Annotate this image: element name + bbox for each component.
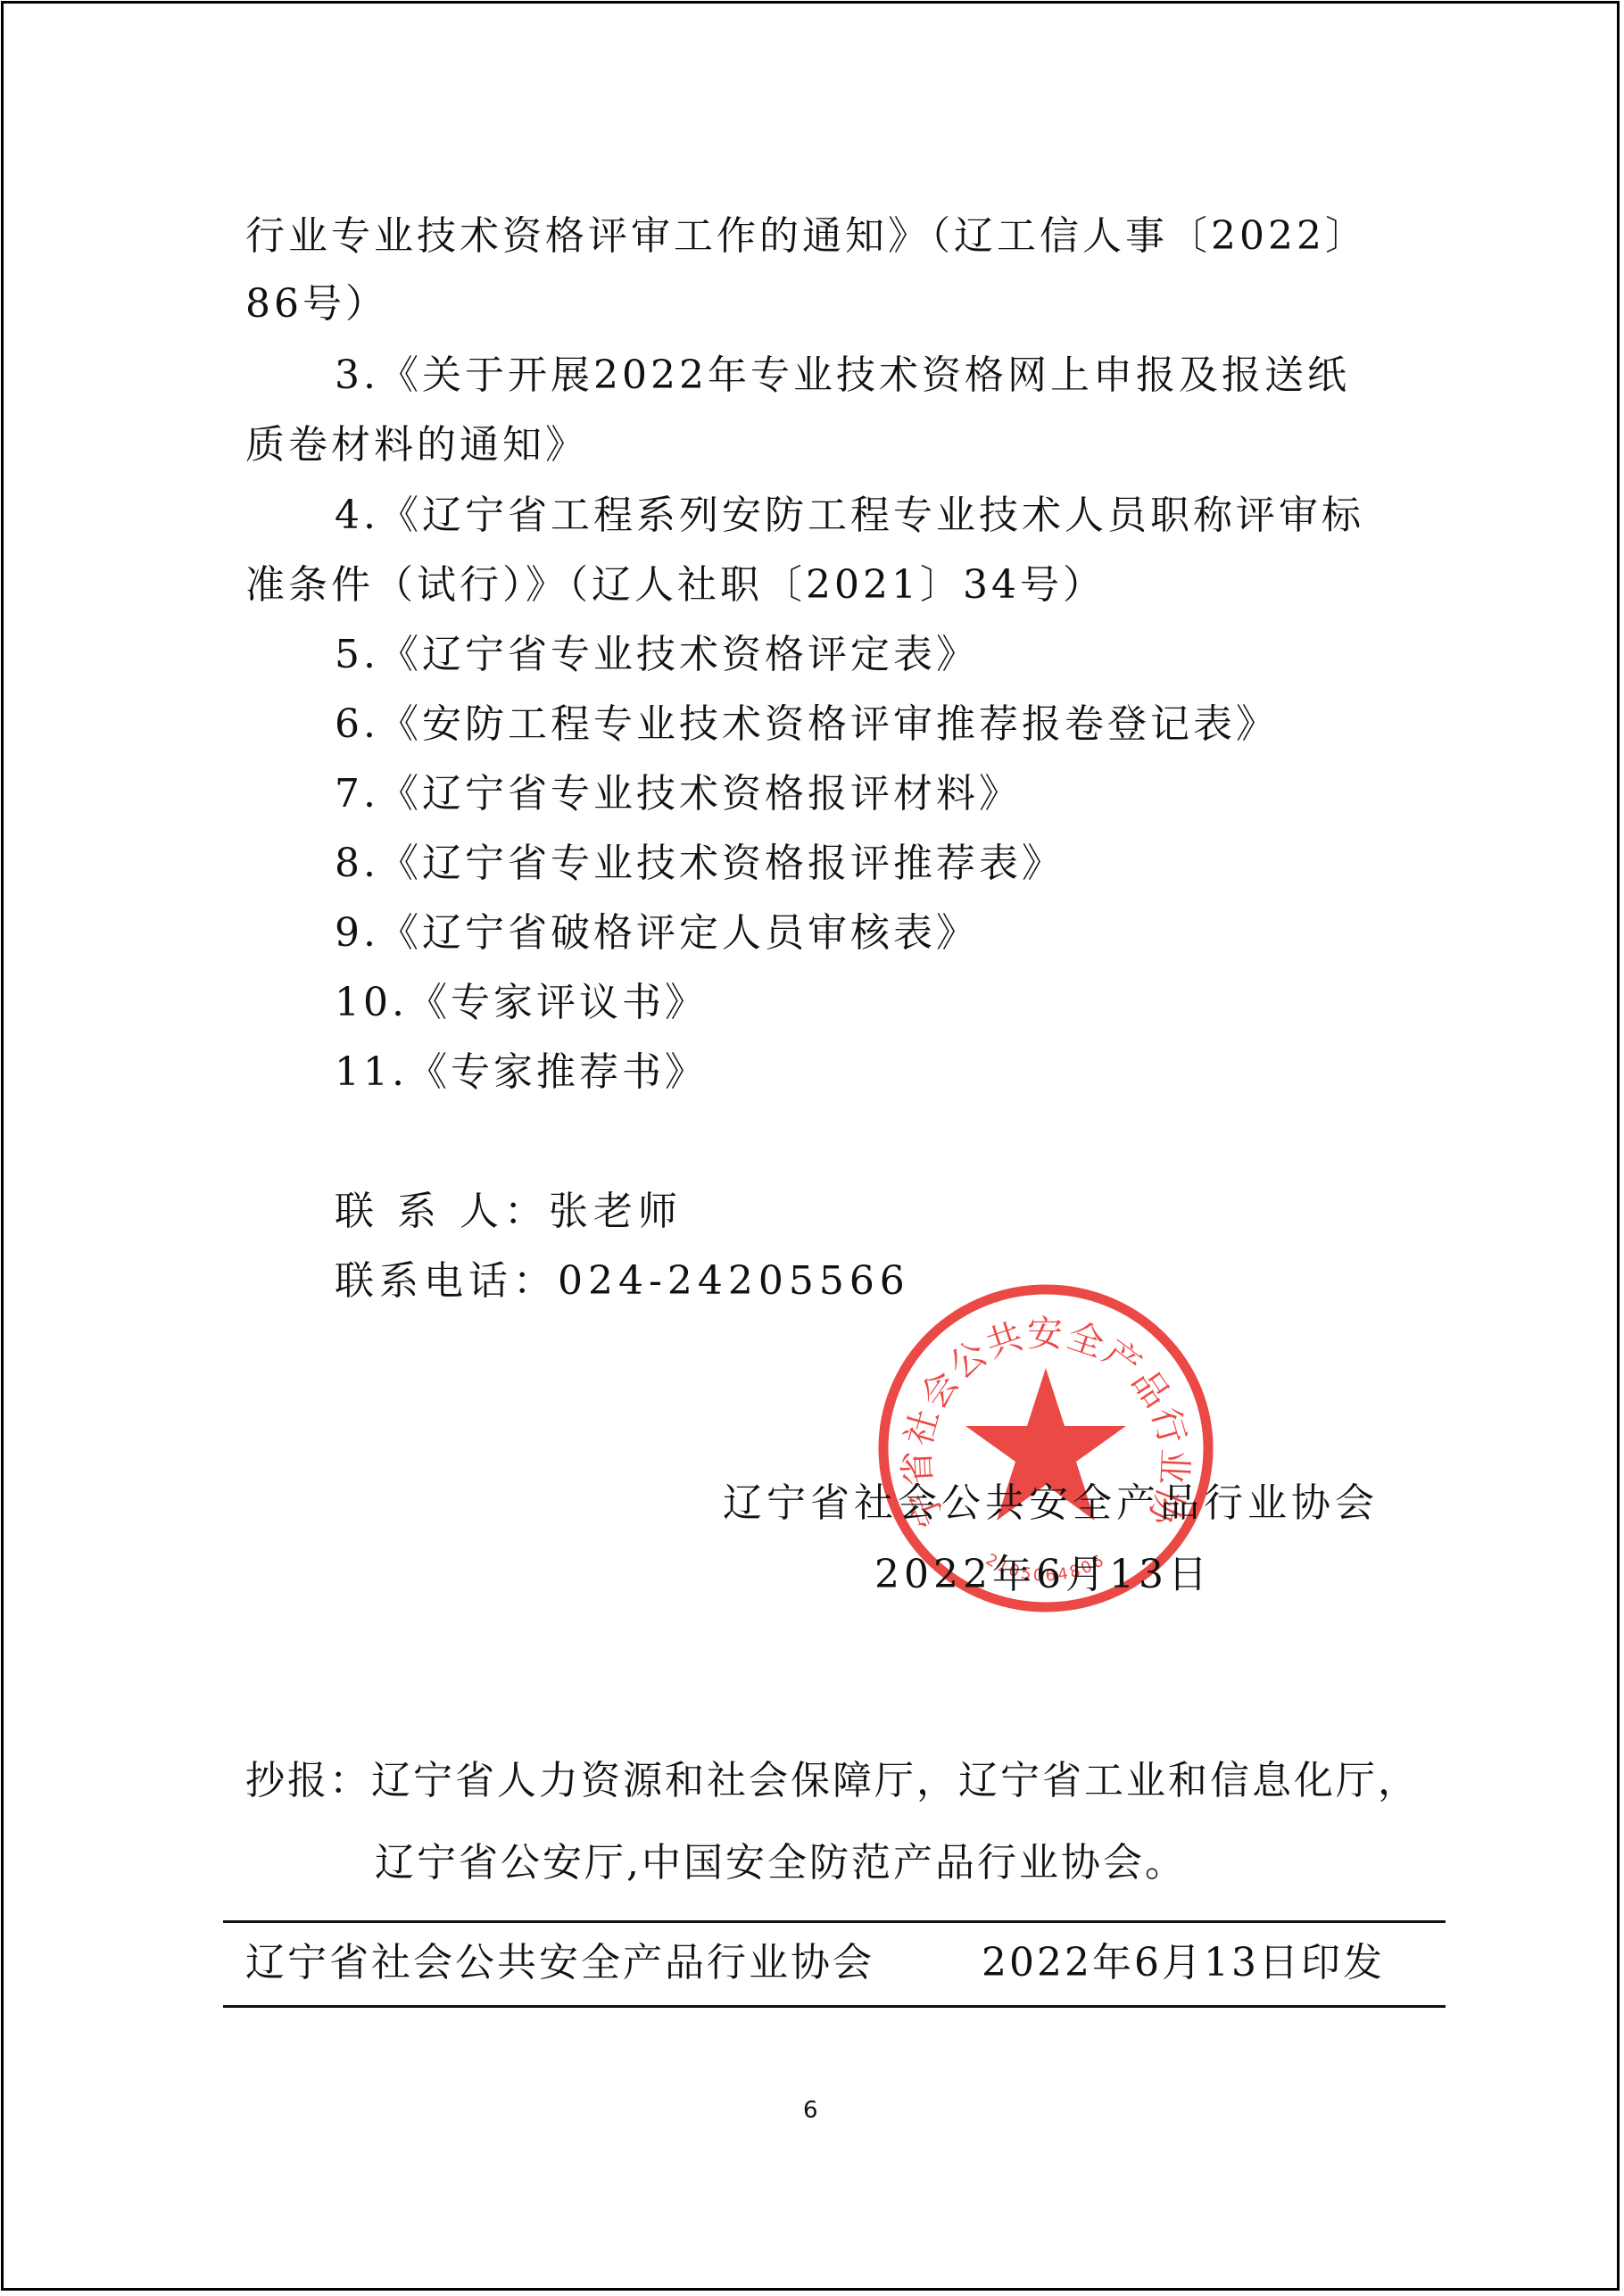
item-number: 7. bbox=[335, 771, 379, 816]
item-number: 4. bbox=[335, 493, 379, 538]
attachment-item-9: 9.《辽宁省破格评定人员审核表》 bbox=[335, 908, 979, 958]
item-title: 《关于开展2022年专业技术资格网上申报及报送纸 bbox=[379, 352, 1350, 398]
footer-bottom-rule bbox=[223, 2005, 1446, 2008]
attachment-item-7: 7.《辽宁省专业技术资格报评材料》 bbox=[335, 769, 1022, 819]
contact-phone: 联系电话：024-24205566 bbox=[335, 1256, 910, 1306]
item-title: 《辽宁省专业技术资格评定表》 bbox=[379, 632, 979, 677]
item-number: 9. bbox=[335, 910, 379, 956]
item-number: 10. bbox=[335, 980, 408, 1025]
attachment-item-3: 3.《关于开展2022年专业技术资格网上申报及报送纸 bbox=[335, 351, 1350, 401]
signature-org: 辽宁省社会公共安全产品行业协会 bbox=[723, 1471, 1379, 1528]
text-line: 行业专业技术资格评审工作的通知》（辽工信人事〔2022〕 bbox=[245, 211, 1368, 261]
contact-person: 联 系 人：张老师 bbox=[335, 1187, 683, 1237]
text-line: 86号） bbox=[245, 279, 388, 329]
item-title: 《安防工程专业技术资格评审推荐报卷登记表》 bbox=[379, 701, 1279, 747]
item-number: 3. bbox=[335, 352, 379, 398]
attachment-item-10: 10.《专家评议书》 bbox=[335, 978, 708, 1028]
attachment-item-5: 5.《辽宁省专业技术资格评定表》 bbox=[335, 630, 979, 680]
cc-label: 抄报： bbox=[245, 1758, 371, 1803]
contact-phone-label: 联系电话： bbox=[335, 1258, 558, 1304]
page-number: 6 bbox=[803, 2097, 818, 2124]
footer-issued-date: 2022年6月13日印发 bbox=[982, 1938, 1385, 1988]
cc-line-2: 辽宁省公安厅,中国安全防范产品行业协会。 bbox=[375, 1838, 1187, 1888]
text-line: 质卷材料的通知》 bbox=[245, 420, 588, 470]
attachment-item-6: 6.《安防工程专业技术资格评审推荐报卷登记表》 bbox=[335, 700, 1279, 750]
contact-phone-value: 024-24205566 bbox=[558, 1258, 910, 1304]
footer-org: 辽宁省社会公共安全产品行业协会 bbox=[245, 1938, 874, 1988]
item-title: 《辽宁省专业技术资格报评材料》 bbox=[379, 771, 1022, 816]
cc-recipients-1: 辽宁省人力资源和社会保障厅，辽宁省工业和信息化厅， bbox=[371, 1758, 1420, 1803]
cc-line-1: 抄报：辽宁省人力资源和社会保障厅，辽宁省工业和信息化厅， bbox=[245, 1756, 1420, 1806]
footer-top-rule bbox=[223, 1920, 1446, 1923]
contact-person-label: 联 系 人： bbox=[335, 1189, 549, 1234]
item-title: 《专家推荐书》 bbox=[408, 1049, 708, 1095]
item-title: 《专家评议书》 bbox=[408, 980, 708, 1025]
item-number: 5. bbox=[335, 632, 379, 677]
item-title: 《辽宁省专业技术资格报评推荐表》 bbox=[379, 841, 1065, 886]
attachment-item-8: 8.《辽宁省专业技术资格报评推荐表》 bbox=[335, 839, 1065, 889]
contact-person-value: 张老师 bbox=[549, 1189, 683, 1234]
text-line: 准条件（试行）》（辽人社职〔2021〕34号） bbox=[245, 560, 1106, 610]
item-title: 《辽宁省工程系列安防工程专业技术人员职称评审标 bbox=[379, 493, 1364, 538]
attachment-item-4: 4.《辽宁省工程系列安防工程专业技术人员职称评审标 bbox=[335, 491, 1364, 541]
item-title: 《辽宁省破格评定人员审核表》 bbox=[379, 910, 979, 956]
attachment-item-11: 11.《专家推荐书》 bbox=[335, 1048, 708, 1098]
item-number: 8. bbox=[335, 841, 379, 886]
item-number: 6. bbox=[335, 701, 379, 747]
item-number: 11. bbox=[335, 1049, 408, 1095]
signature-date: 2022年6月13日 bbox=[874, 1542, 1212, 1599]
